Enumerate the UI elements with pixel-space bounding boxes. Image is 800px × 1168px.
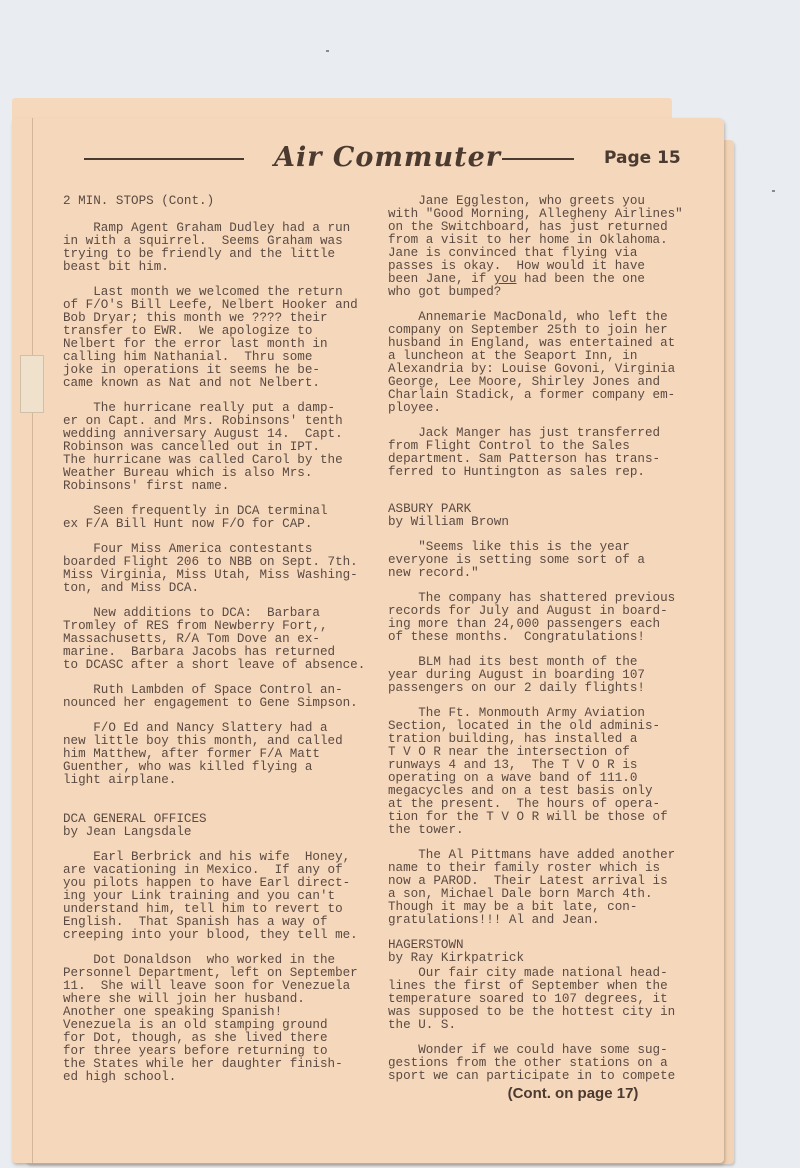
article-paragraph: New additions to DCA: Barbara Tromley of… (63, 607, 393, 672)
article-paragraph: The company has shattered previous recor… (388, 592, 718, 644)
article-paragraph: Ruth Lambden of Space Control an- nounce… (63, 684, 393, 710)
article-paragraph: Wonder if we could have some sug- gestio… (388, 1044, 718, 1083)
header-rule-right (502, 158, 574, 160)
header-rule-left (84, 158, 244, 160)
article-paragraph: "Seems like this is the year everyone is… (388, 541, 718, 580)
continuation-note: (Cont. on page 17) (388, 1087, 738, 1100)
article-paragraph: Jane Eggleston, who greets you with "Goo… (388, 195, 718, 299)
article-paragraph: Ramp Agent Graham Dudley had a run in wi… (63, 222, 393, 274)
section-byline: by William Brown (388, 515, 509, 529)
article-paragraph: Annemarie MacDonald, who left the compan… (388, 311, 718, 415)
section-heading: DCA GENERAL OFFICES by Jean Langsdale (63, 813, 393, 839)
dust-speck (772, 190, 775, 192)
article-paragraph: The hurricane really put a damp- er on C… (63, 402, 393, 493)
article-paragraph: The Al Pittmans have added another name … (388, 849, 718, 927)
article-paragraph: F/O Ed and Nancy Slattery had a new litt… (63, 722, 393, 787)
section-kicker: 2 MIN. STOPS (Cont.) (63, 195, 393, 208)
section-heading: HAGERSTOWN by Ray Kirkpatrick (388, 939, 718, 965)
masthead-title: Air Commuter (274, 142, 501, 173)
article-paragraph: The Ft. Monmouth Army Aviation Section, … (388, 707, 718, 837)
staple-tear (20, 355, 44, 413)
section-byline: by Ray Kirkpatrick (388, 951, 524, 965)
article-paragraph: Four Miss America contestants boarded Fl… (63, 543, 393, 595)
underlined-word: you (494, 272, 517, 286)
article-paragraph: Our fair city made national head- lines … (388, 967, 718, 1032)
article-paragraph: Seen frequently in DCA terminal ex F/A B… (63, 505, 393, 531)
article-paragraph: BLM had its best month of the year durin… (388, 656, 718, 695)
section-byline: by Jean Langsdale (63, 825, 191, 839)
article-paragraph: Jack Manger has just transferred from Fl… (388, 427, 718, 479)
section-title: DCA GENERAL OFFICES (63, 812, 207, 826)
article-paragraph: Dot Donaldson who worked in the Personne… (63, 954, 393, 1084)
article-paragraph: Last month we welcomed the return of F/O… (63, 286, 393, 390)
right-column: Jane Eggleston, who greets you with "Goo… (388, 195, 718, 1100)
binding-fold (32, 118, 33, 1163)
article-paragraph: Earl Berbrick and his wife Honey, are va… (63, 851, 393, 942)
page-number: Page 15 (604, 148, 681, 168)
left-column: 2 MIN. STOPS (Cont.) Ramp Agent Graham D… (63, 195, 393, 1096)
section-title: ASBURY PARK (388, 502, 471, 516)
section-heading: ASBURY PARK by William Brown (388, 503, 718, 529)
dust-speck (326, 50, 329, 52)
section-title: HAGERSTOWN (388, 938, 464, 952)
page-header: Air Commuter Page 15 (84, 142, 684, 182)
